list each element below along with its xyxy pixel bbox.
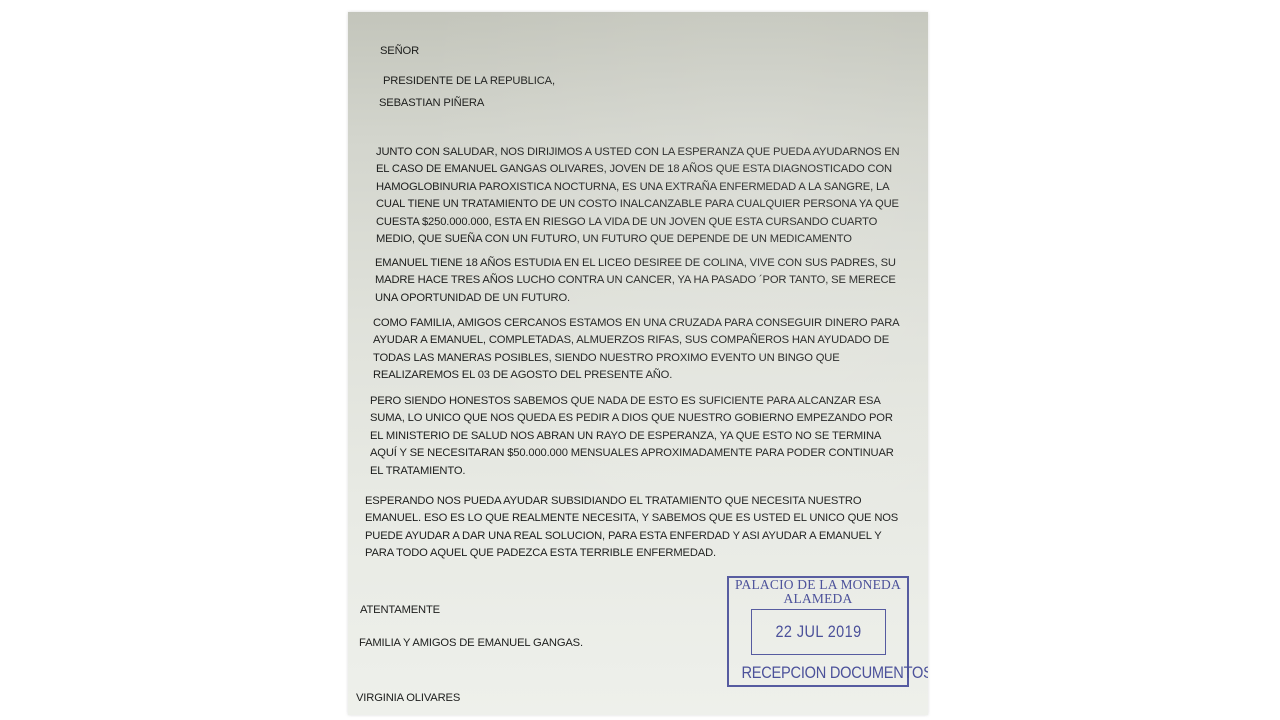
paragraph-line: EL CASO DE EMANUEL GANGAS OLIVARES, JOVE… — [376, 161, 921, 178]
paragraph-line: HAMOGLOBINURIA PAROXISTICA NOCTURNA, ES … — [376, 179, 921, 196]
reception-stamp: PALACIO DE LA MONEDA ALAMEDA 22 JUL 2019… — [727, 576, 909, 687]
stamp-date: 22 JUL 2019 — [762, 622, 875, 642]
stamp-line-2: ALAMEDA — [729, 592, 907, 606]
paragraph-line: MEDIO, QUE SUEÑA CON UN FUTURO, UN FUTUR… — [376, 231, 921, 248]
paragraph-line: EL TRATAMIENTO. — [370, 463, 915, 480]
paragraph-line: AYUDAR A EMANUEL, COMPLETADAS, ALMUERZOS… — [373, 332, 918, 349]
paragraph-2: EMANUEL TIENE 18 AÑOS ESTUDIA EN EL LICE… — [375, 255, 920, 307]
paragraph-line: CUESTA $250.000.000, ESTA EN RIESGO LA V… — [376, 214, 921, 231]
paragraph-line: PARA TODO AQUEL QUE PADEZCA ESTA TERRIBL… — [365, 545, 910, 562]
paragraph-line: JUNTO CON SALUDAR, NOS DIRIJIMOS A USTED… — [376, 144, 921, 161]
stamp-header: PALACIO DE LA MONEDA ALAMEDA — [729, 578, 907, 606]
stamp-footer: RECEPCION DOCUMENTOS — [741, 663, 894, 683]
paragraph-line: EMANUEL. ESO ES LO QUE REALMENTE NECESIT… — [365, 510, 910, 527]
salutation-senor: SEÑOR — [380, 44, 419, 58]
salutation-title: PRESIDENTE DE LA REPUBLICA, — [383, 74, 555, 88]
paragraph-4: PERO SIENDO HONESTOS SABEMOS QUE NADA DE… — [370, 393, 915, 480]
paragraph-line: COMO FAMILIA, AMIGOS CERCANOS ESTAMOS EN… — [373, 315, 918, 332]
paragraph-line: PUEDE AYUDAR A DAR UNA REAL SOLUCION, PA… — [365, 528, 910, 545]
paragraph-line: UNA OPORTUNIDAD DE UN FUTURO. — [375, 290, 920, 307]
paragraph-3: COMO FAMILIA, AMIGOS CERCANOS ESTAMOS EN… — [373, 315, 918, 385]
stamp-date-box: 22 JUL 2019 — [751, 609, 886, 655]
closing-regards: ATENTAMENTE — [360, 603, 440, 617]
paragraph-line: CUAL TIENE UN TRATAMIENTO DE UN COSTO IN… — [376, 196, 921, 213]
paragraph-line: TODAS LAS MANERAS POSIBLES, SIENDO NUEST… — [373, 350, 918, 367]
signature-name: VIRGINIA OLIVARES — [356, 691, 460, 705]
paragraph-5: ESPERANDO NOS PUEDA AYUDAR SUBSIDIANDO E… — [365, 493, 910, 563]
paragraph-line: PERO SIENDO HONESTOS SABEMOS QUE NADA DE… — [370, 393, 915, 410]
stamp-line-1: PALACIO DE LA MONEDA — [729, 578, 907, 592]
paragraph-line: EL MINISTERIO DE SALUD NOS ABRAN UN RAYO… — [370, 428, 915, 445]
salutation-name: SEBASTIAN PIÑERA — [379, 96, 484, 110]
paragraph-line: SUMA, LO UNICO QUE NOS QUEDA ES PEDIR A … — [370, 410, 915, 427]
paragraph-line: MADRE HACE TRES AÑOS LUCHO CONTRA UN CAN… — [375, 272, 920, 289]
paragraph-line: EMANUEL TIENE 18 AÑOS ESTUDIA EN EL LICE… — [375, 255, 920, 272]
paragraph-line: ESPERANDO NOS PUEDA AYUDAR SUBSIDIANDO E… — [365, 493, 910, 510]
paragraph-line: REALIZAREMOS EL 03 DE AGOSTO DEL PRESENT… — [373, 367, 918, 384]
letter-page: SEÑOR PRESIDENTE DE LA REPUBLICA, SEBAST… — [348, 12, 928, 715]
paragraph-1: JUNTO CON SALUDAR, NOS DIRIJIMOS A USTED… — [376, 144, 921, 248]
paragraph-line: AQUÍ Y SE NECESITARAN $50.000.000 MENSUA… — [370, 445, 915, 462]
closing-signed-by: FAMILIA Y AMIGOS DE EMANUEL GANGAS. — [359, 636, 583, 650]
scene: SEÑOR PRESIDENTE DE LA REPUBLICA, SEBAST… — [0, 0, 1280, 720]
